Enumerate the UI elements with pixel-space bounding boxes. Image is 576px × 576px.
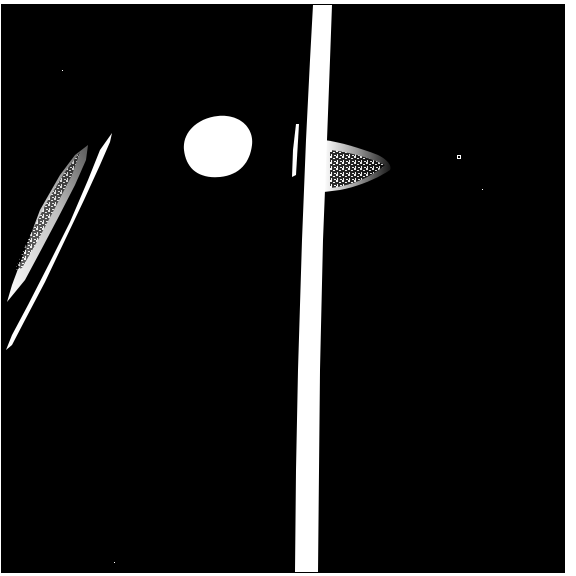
photo-canvas [0,0,576,576]
speck-dot [114,562,115,563]
dark-background [1,4,565,573]
speck-dot [458,156,460,158]
speck-dot [482,189,483,190]
speck-dot [62,70,63,71]
photograph [0,0,576,576]
